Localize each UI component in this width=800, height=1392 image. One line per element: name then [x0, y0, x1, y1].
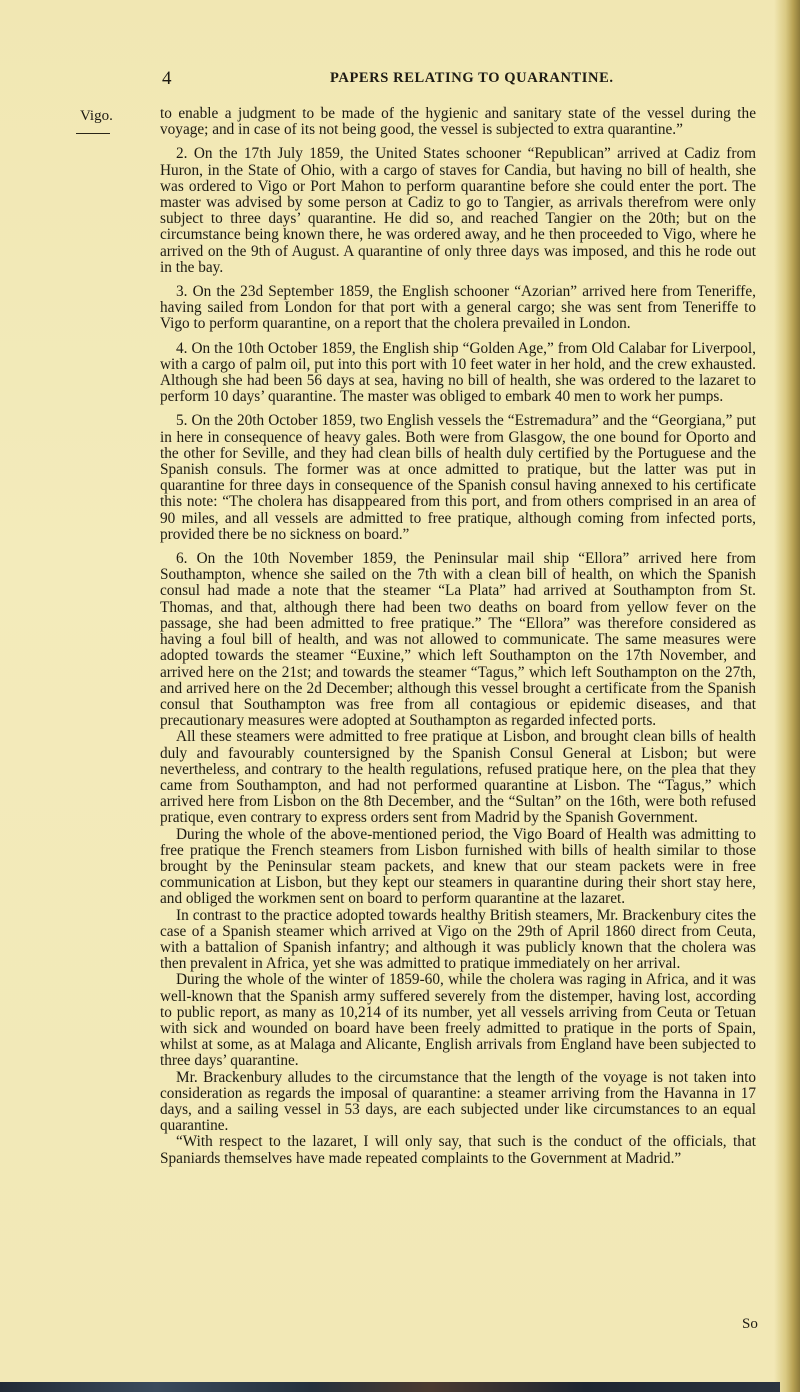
paragraph-lisbon-steamers: All these steamers were admitted to free…: [160, 729, 756, 826]
paragraph-winter-cholera: During the whole of the winter of 1859-6…: [160, 972, 756, 1069]
running-title: PAPERS RELATING TO QUARANTINE.: [330, 70, 614, 87]
paragraph-lazaret-quote: “With respect to the lazaret, I will onl…: [160, 1134, 756, 1166]
catchword: So: [742, 1316, 758, 1333]
paragraph-3-azorian: 3. On the 23d September 1859, the Englis…: [160, 284, 756, 333]
book-cover-edge: [0, 1382, 780, 1392]
paragraph-2-republican: 2. On the 17th July 1859, the United Sta…: [160, 146, 756, 276]
page-number: 4: [162, 68, 172, 90]
paragraph-vigo-board: During the whole of the above-mentioned …: [160, 827, 756, 908]
page-header: 4 PAPERS RELATING TO QUARANTINE.: [162, 68, 762, 88]
body-text: to enable a judgment to be made of the h…: [160, 106, 756, 1167]
page-binding-edge: [774, 0, 800, 1392]
paragraph-voyage-length: Mr. Brackenbury alludes to the circumsta…: [160, 1070, 756, 1135]
paragraph-5-estremadura-georgiana: 5. On the 20th October 1859, two English…: [160, 413, 756, 543]
margin-note: Vigo.: [80, 108, 113, 125]
margin-rule: [76, 133, 110, 134]
paragraph-4-golden-age: 4. On the 10th October 1859, the English…: [160, 341, 756, 406]
paragraph-continuation: to enable a judgment to be made of the h…: [160, 106, 756, 138]
paragraph-spanish-steamer: In contrast to the practice adopted towa…: [160, 908, 756, 973]
paragraph-6-ellora: 6. On the 10th November 1859, the Penins…: [160, 551, 756, 729]
